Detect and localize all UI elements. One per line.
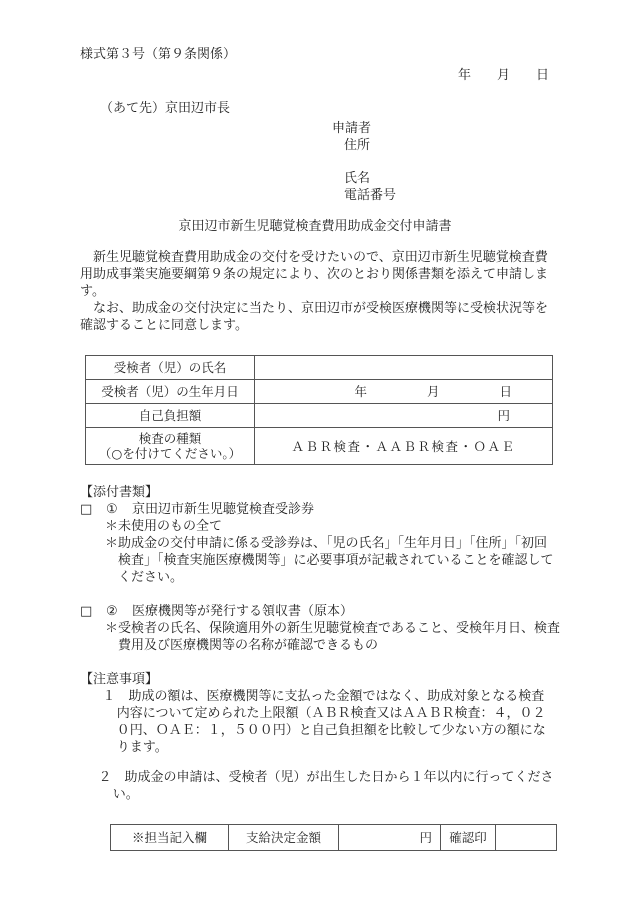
birth-year-label: 年 [354,384,367,399]
office-use-label: ※担当記入欄 [111,825,229,851]
applicant-name-field[interactable]: 氏名 [332,170,396,187]
cautions-heading: 【注意事項】 [80,671,158,688]
attachment-2-note-1: ＊受検者の氏名、保険適用外の新生児聴覚検査であること、受検年月日、検査費用及び医… [105,620,560,654]
applicant-phone-field[interactable]: 電話番号 [332,187,396,204]
seal-field[interactable] [496,825,557,851]
application-date: 年月日 [458,67,549,84]
examinee-info-table: 受検者（児）の氏名 受検者（児）の生年月日 年 月 日 自己負担額 円 検査の種… [85,355,553,465]
payment-yen-unit: 円 [419,830,432,845]
caution-text-1: １ 助成の額は、医療機関等に支払った金額ではなく、助成対象となる検査内容について… [96,688,554,756]
table-row-copay: 自己負担額 円 [86,404,553,428]
checkbox-attachment-2[interactable]: □ [80,603,106,620]
checkbox-attachment-1[interactable]: □ [80,501,106,518]
item-number-2: ② [106,603,132,620]
attachment-1-notes: ＊未使用のもの全て ＊助成金の交付申請に係る受診券は、「児の氏名」「生年月日」「… [105,518,555,586]
office-use-table: ※担当記入欄 支給決定金額 円 確認印 [110,824,557,851]
copay-field[interactable]: 円 [255,404,553,428]
applicant-address-field[interactable]: 住所 [332,137,396,154]
caution-item-2: ２ 助成金の申請は、受検者（児）が出生した日から１年以内に行ってください。 [92,769,554,803]
document-title: 京田辺市新生児聴覚検査費用助成金交付申請書 [0,218,630,235]
addressee: （あて先）京田辺市長 [100,100,230,117]
exam-type-label-line2: （○を付けてください。） [86,446,254,461]
table-row-name: 受検者（児）の氏名 [86,356,553,380]
applicant-block: 申請者 住所 氏名 電話番号 [332,120,396,203]
copay-label: 自己負担額 [86,404,255,428]
exam-type-options[interactable]: ＡＢＲ検査・ＡＡＢＲ検査・ＯＡＥ [255,428,553,465]
date-year-label: 年 [458,67,471,84]
caution-text-2: ２ 助成金の申請は、受検者（児）が出生した日から１年以内に行ってください。 [92,769,554,803]
attachment-2-notes: ＊受検者の氏名、保険適用外の新生児聴覚検査であること、受検年月日、検査費用及び医… [105,620,560,654]
birthdate-label: 受検者（児）の生年月日 [86,380,255,404]
yen-unit: 円 [497,408,510,423]
applicant-heading: 申請者 [332,120,396,137]
attachment-2-title: 医療機関等が発行する領収書（原本） [132,604,353,619]
attachment-1-note-1: ＊未使用のもの全て [105,518,555,535]
examinee-name-field[interactable] [255,356,553,380]
payment-amount-field[interactable]: 円 [339,825,441,851]
date-month-label: 月 [497,67,510,84]
caution-item-1: １ 助成の額は、医療機関等に支払った金額ではなく、助成対象となる検査内容について… [96,688,554,756]
attachment-1-title: 京田辺市新生児聴覚検査受診券 [132,502,314,517]
table-row-exam-type: 検査の種類 （○を付けてください。） ＡＢＲ検査・ＡＡＢＲ検査・ＯＡＥ [86,428,553,465]
attachments-heading: 【添付書類】 [80,484,158,501]
exam-type-label: 検査の種類 （○を付けてください。） [86,428,255,465]
birth-day-label: 日 [499,384,512,399]
birth-month-label: 月 [427,384,440,399]
examinee-name-label: 受検者（児）の氏名 [86,356,255,380]
date-day-label: 日 [536,67,549,84]
attachment-1-note-2: ＊助成金の交付申請に係る受診券は、「児の氏名」「生年月日」「住所」「初回検査」「… [105,535,555,586]
exam-type-label-line1: 検査の種類 [86,431,254,446]
form-number: 様式第３号（第９条関係） [80,46,236,63]
payment-amount-label: 支給決定金額 [229,825,339,851]
item-number-1: ① [106,501,132,518]
statement-paragraph-1: 新生児聴覚検査費用助成金の交付を受けたいので、京田辺市新生児聴覚検査費用助成事業… [80,249,553,300]
attachment-item-2: □②医療機関等が発行する領収書（原本） [80,603,353,620]
application-statement: 新生児聴覚検査費用助成金の交付を受けたいので、京田辺市新生児聴覚検査費用助成事業… [80,249,553,334]
birthdate-field[interactable]: 年 月 日 [255,380,553,404]
statement-paragraph-2: なお、助成金の交付決定に当たり、京田辺市が受検医療機関等に受検状況等を確認するこ… [80,300,553,334]
table-row-birthdate: 受検者（児）の生年月日 年 月 日 [86,380,553,404]
attachment-item-1: □①京田辺市新生児聴覚検査受診券 [80,501,314,518]
seal-label: 確認印 [441,825,496,851]
